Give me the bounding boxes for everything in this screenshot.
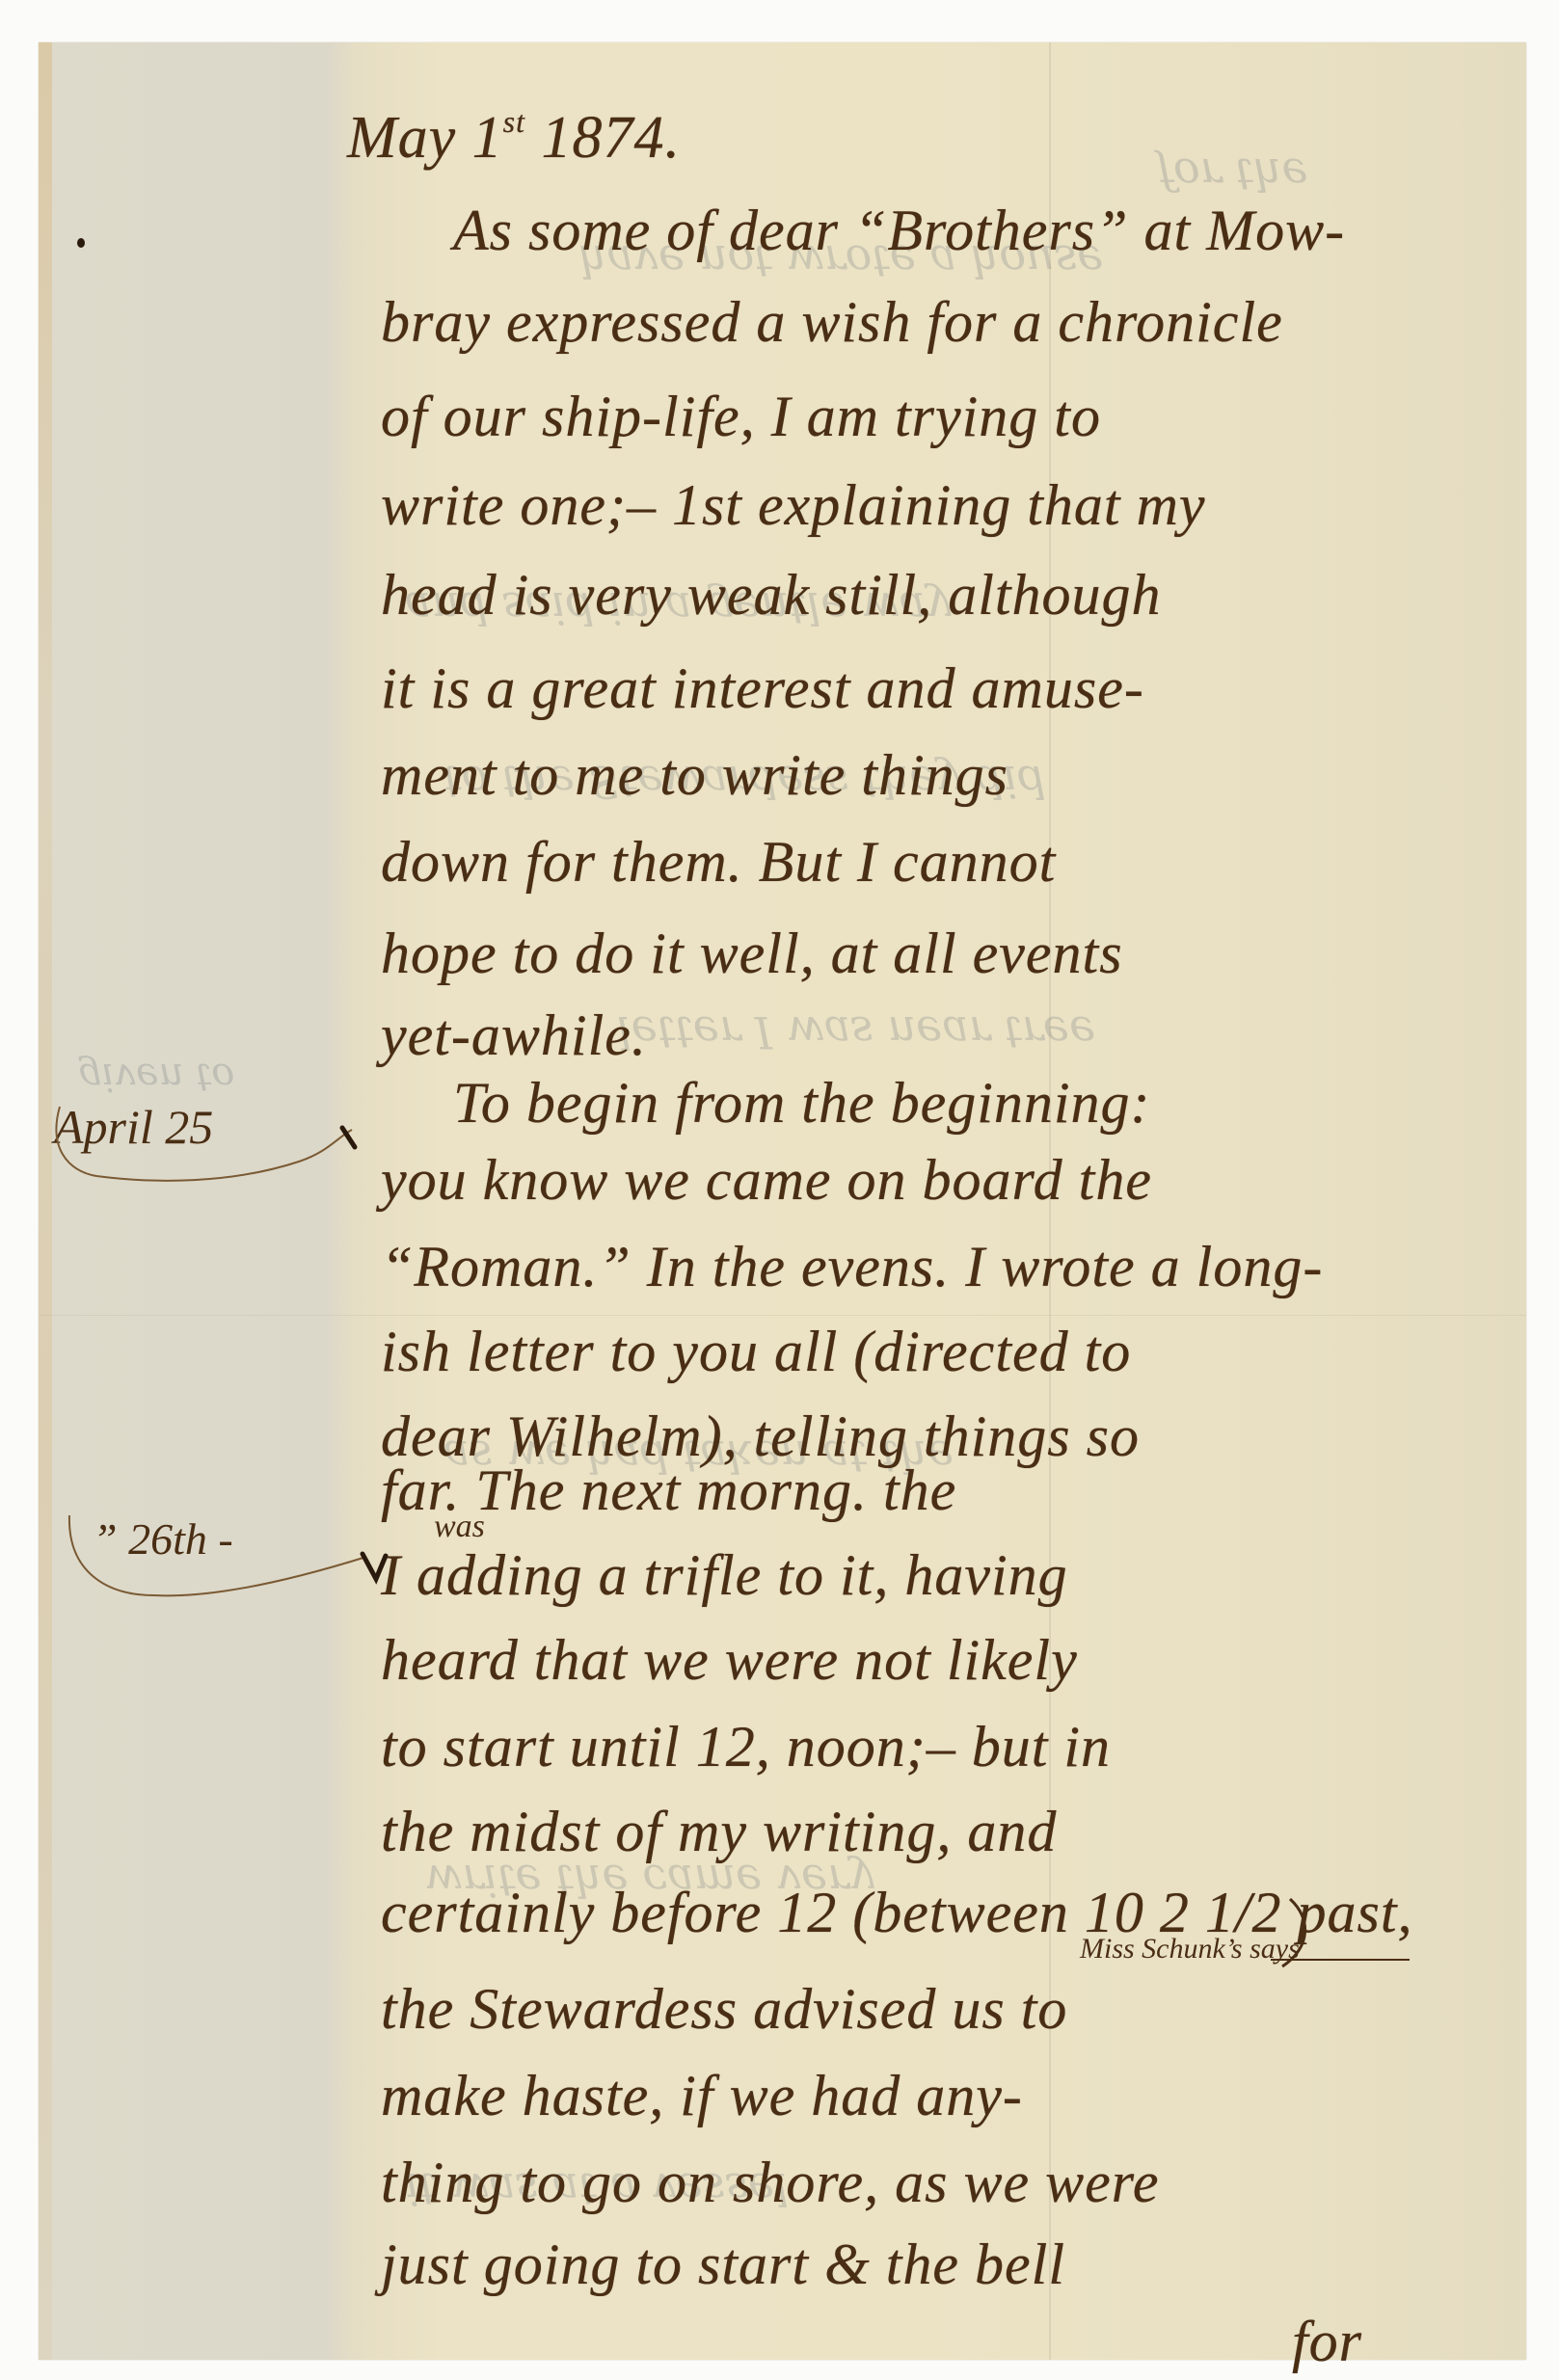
- margin-brackets: [0, 0, 1559, 2380]
